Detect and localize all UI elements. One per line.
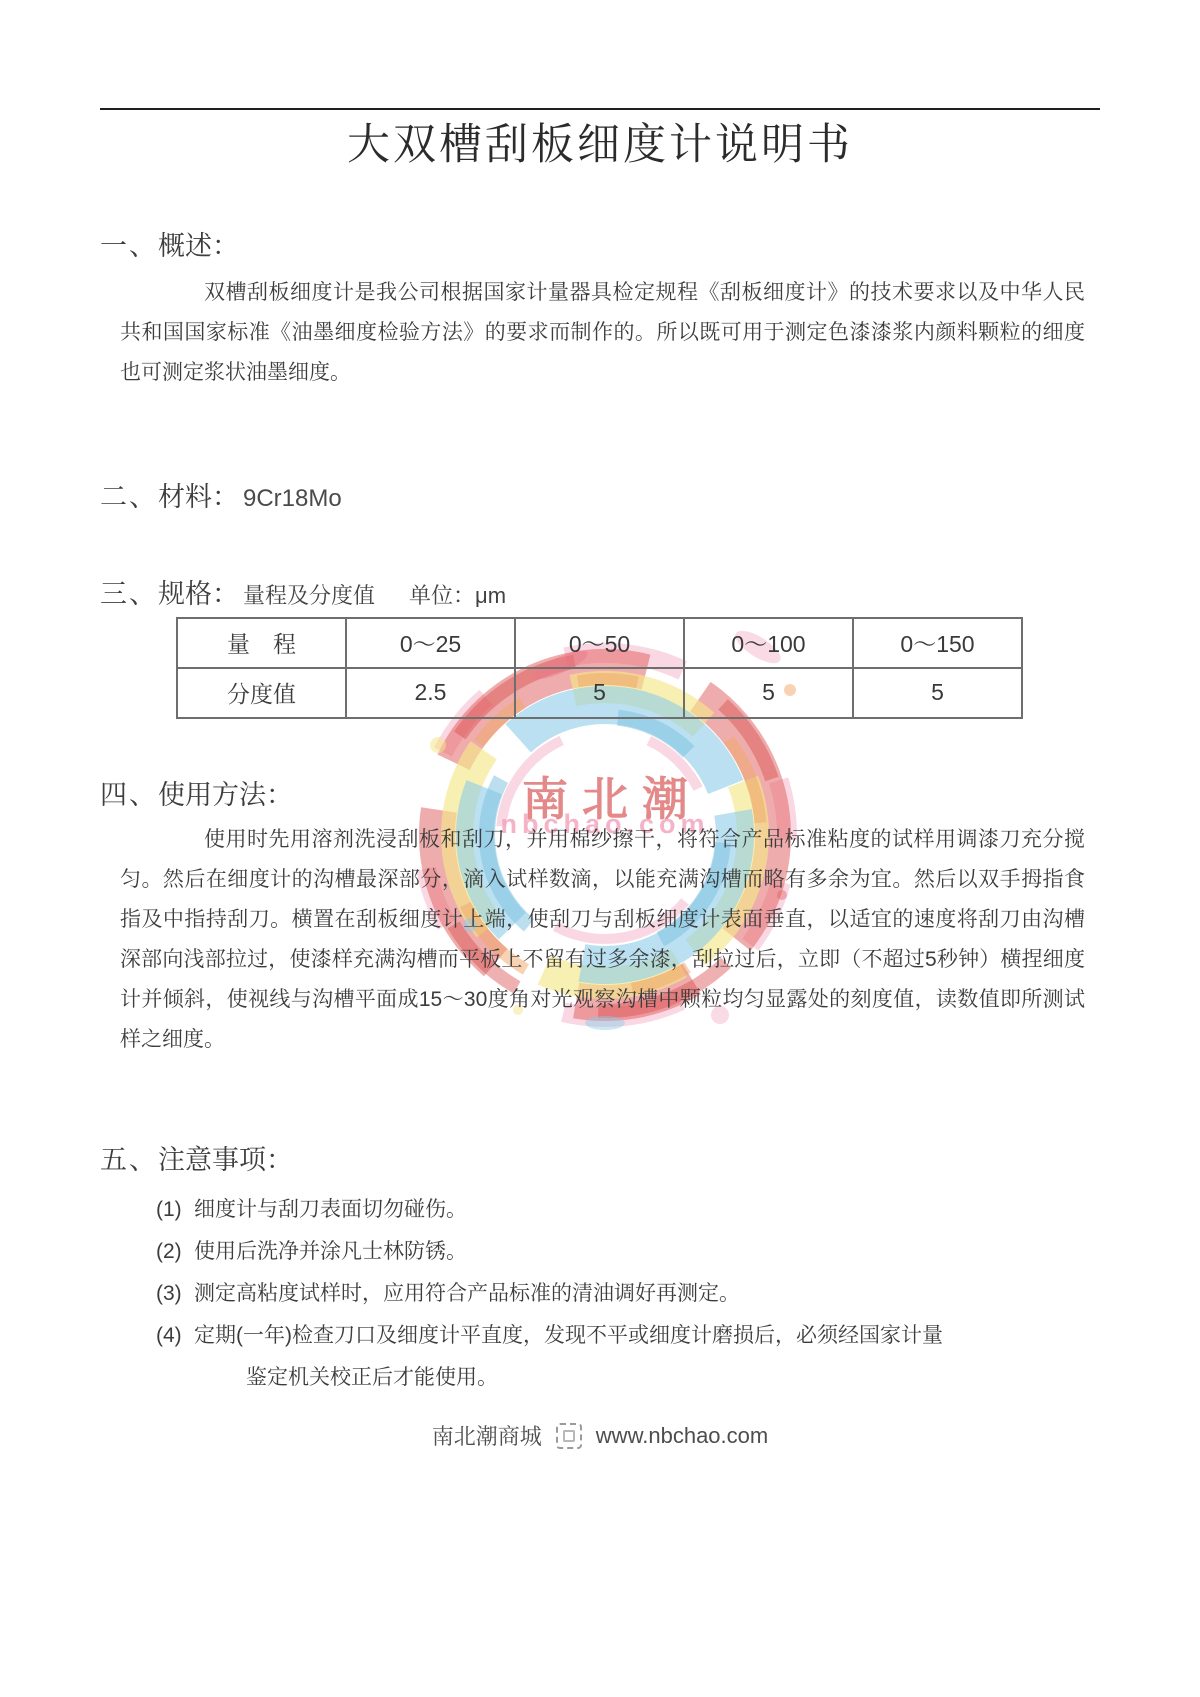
list-item: (2) 使用后洗净并涂凡士林防锈。 [156,1231,1100,1273]
document-content: 大双槽刮板细度计说明书 一、 概述： 双槽刮板细度计是我公司根据国家计量器具检定… [0,108,1200,1399]
range-cell-2: 0～50 [515,618,684,668]
spec-unit-label: 单位：μm [409,579,506,610]
section-2-material-heading: 二、 材料： 9Cr18Mo [100,475,1100,514]
section-4-paragraph: 使用时先用溶剂洗浸刮板和刮刀，并用棉纱擦干，将符合产品标准粘度的试样用调漆刀充分… [120,820,1085,1060]
spec-subtitle: 量程及分度值 [243,579,375,610]
section-4-label: 使用方法： [158,773,293,812]
note-3-number: (3) [156,1273,194,1315]
note-3-text: 测定高粘度试样时，应用符合产品标准的清油调好再测定。 [194,1273,740,1315]
division-cell-2: 5 [515,668,684,718]
table-row-range: 量 程 0～25 0～50 0～100 0～150 [177,618,1022,668]
material-value: 9Cr18Mo [243,485,342,513]
note-1-text: 细度计与刮刀表面切勿碰伤。 [194,1189,467,1231]
section-4-number: 四、 [100,773,158,812]
range-cell-3: 0～100 [684,618,853,668]
section-3-number: 三、 [100,572,158,611]
note-4-number: (4) [156,1315,194,1357]
range-cell-1: 0～25 [346,618,515,668]
section-2-number: 二、 [100,475,158,514]
section-1-number: 一、 [100,224,158,263]
section-5-notes-heading: 五、 注意事项： [100,1138,1100,1177]
note-4-text: 定期(一年)检查刀口及细度计平直度，发现不平或细度计磨损后，必须经国家计量 [194,1315,943,1357]
division-cell-1: 2.5 [346,668,515,718]
section-5-number: 五、 [100,1138,158,1177]
note-4-continuation: 鉴定机关校正后才能使用。 [246,1357,1100,1399]
spec-table: 量 程 0～25 0～50 0～100 0～150 分度值 2.5 5 5 5 [176,617,1023,719]
section-2-label: 材料： [158,475,239,514]
note-2-text: 使用后洗净并涂凡士林防锈。 [194,1231,467,1273]
note-2-number: (2) [156,1231,194,1273]
list-item: (3) 测定高粘度试样时，应用符合产品标准的清油调好再测定。 [156,1273,1100,1315]
note-1-number: (1) [156,1189,194,1231]
footer: 南北潮商城 www.nbchao.com [0,1420,1200,1451]
section-4-usage-heading: 四、 使用方法： [100,773,1100,812]
section-5-label: 注意事项： [158,1138,293,1177]
footer-store-name: 南北潮商城 [432,1420,542,1451]
division-cell-4: 5 [853,668,1022,718]
section-3-spec-heading: 三、 规格： 量程及分度值 单位：μm [100,572,1100,611]
list-item: (4) 定期(一年)检查刀口及细度计平直度，发现不平或细度计磨损后，必须经国家计… [156,1315,1100,1357]
range-row-header: 量 程 [177,618,346,668]
document-page: 南北潮 nbchao.com 大双槽刮板细度计说明书 一、 概述： 双槽刮板细度… [0,0,1200,1697]
section-1-overview-heading: 一、 概述： [100,224,1100,263]
table-row-division: 分度值 2.5 5 5 5 [177,668,1022,718]
section-1-paragraph: 双槽刮板细度计是我公司根据国家计量器具检定规程《刮板细度计》的技术要求以及中华人… [120,273,1085,393]
range-cell-4: 0～150 [853,618,1022,668]
section-3-label: 规格： [158,572,239,611]
list-item: (1) 细度计与刮刀表面切勿碰伤。 [156,1189,1100,1231]
notes-list: (1) 细度计与刮刀表面切勿碰伤。 (2) 使用后洗净并涂凡士林防锈。 (3) … [156,1189,1100,1399]
store-logo-icon [556,1423,582,1449]
footer-url: www.nbchao.com [596,1423,768,1449]
division-cell-3: 5 [684,668,853,718]
page-title: 大双槽刮板细度计说明书 [100,118,1100,174]
division-row-header: 分度值 [177,668,346,718]
section-1-label: 概述： [158,224,239,263]
title-divider [100,108,1100,110]
